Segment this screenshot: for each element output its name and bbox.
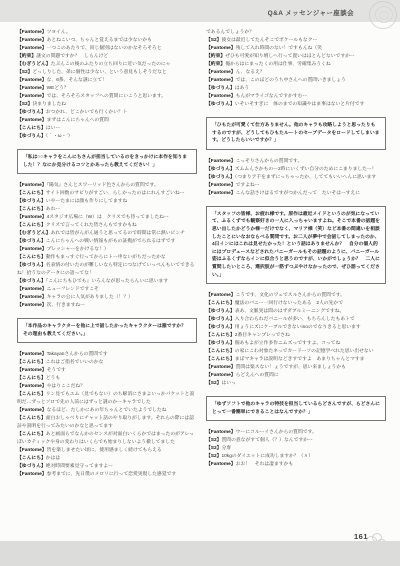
message-text: であるんでしょうか？ xyxy=(206,30,254,35)
speaker-label: 【Fantome】 xyxy=(206,293,236,298)
chat-line: 【Fantome】では、このほどのうち中さんへの質問いきましょう xyxy=(206,77,386,85)
speaker-label: 【Fantome】 xyxy=(17,303,47,308)
chat-line: 【S2】はいっ xyxy=(206,380,386,388)
message-text: 質問は楽スない！ょうですが、思い来ましょうかも xyxy=(236,365,346,370)
message-text: では、このほどのうち中さんへの質問いきましょう xyxy=(236,78,346,83)
chat-line: 【Fantome】やはりここだね？ xyxy=(17,383,197,391)
chat-line: 【S2】決まりましたね xyxy=(17,101,197,109)
page-header-band: Q&A メッセンジャー座談会 xyxy=(0,0,400,22)
speaker-label: 【こんにち】 xyxy=(206,349,235,354)
speaker-label: 【ゆづりん】 xyxy=(17,110,46,115)
page-number: 161 xyxy=(354,532,368,541)
message-text: まずはこんにちゃんへの質問 xyxy=(47,118,109,123)
speaker-label: 【Fantome】 xyxy=(17,30,47,35)
message-text: 参考までに、先日僕のメロリに行って恋愛実現した感覚です xyxy=(47,472,177,477)
message-text: 俺からはにまったくの用は仕事、労確集みうくね xyxy=(225,62,331,67)
chat-block: であるんでしょうか？【S2】彼女は最近してたんそこでボケールもなクー【Fanto… xyxy=(206,29,386,109)
message-text: なるほど、たしかにあの年ちゃんとでいたようでしたね xyxy=(47,408,167,413)
chat-line: 【ゆづりん】はあう xyxy=(206,85,386,93)
speaker-label: 【ゆづりん】 xyxy=(206,167,235,172)
chat-line: 【ゆづりん】こんにちゃんへの戦い情報もがもの証拠がでられるはずです xyxy=(17,238,197,246)
message-text: たぶんこの後のふたりの立ち回りに近い気だったのにゃ xyxy=(51,62,171,67)
speaker-label: 【こんにち】 xyxy=(206,333,235,338)
chat-line: 【Fantome】質問は楽スない！ょうですが、思い来ましょうかも xyxy=(206,364,386,372)
chat-line: 【Fantome】そうです xyxy=(17,367,197,375)
message-text: そうです xyxy=(47,368,66,373)
chat-line: 【Fantome】次、行きますねー xyxy=(17,302,197,310)
speaker-label: 【S2】 xyxy=(17,102,32,107)
speaker-label: 【Fantome】 xyxy=(206,70,236,75)
message-text: （つまりア千をまずにっちゃったか、しててもいいへんに思います xyxy=(235,175,376,180)
reader-question-box: 「ひもたが可愛くて仕方ありません。他のキャラも攻略しようと思ったりもするのですが… xyxy=(206,117,386,150)
message-text: もんがマライゴなんですかすむー xyxy=(236,94,308,99)
speaker-label: 【こんにち】 xyxy=(17,191,46,196)
chat-line: 【こんにち】の家にこわ対象たネっでカードーソの記憶学べれた思い出せない xyxy=(206,348,386,356)
speaker-label: 【約束】 xyxy=(206,54,225,59)
message-text: 質問の意ながすて個人（？）なんですかー xyxy=(221,438,312,443)
chat-line: 【Fantome】キャラの公に人気がありました（！？） xyxy=(17,294,197,302)
chat-line: 【S2】質問の意ながすて個人（？）なんですかー xyxy=(206,437,386,445)
message-text: こうです、文化のワェでスルさんからの質問です。 xyxy=(236,293,345,298)
chat-line: 【約束】ぜひも可愛が知り増しへ行って置いはほとんどないですかー xyxy=(206,53,386,61)
chat-line: 【ゆづりん】表あ、文脈実は間のはずダブルミーニングですね。 xyxy=(206,308,386,316)
speaker-label: 【こんにち】 xyxy=(17,432,46,437)
speaker-label: 【ゆづりん】 xyxy=(206,86,235,91)
speaker-label: 【S2】 xyxy=(206,381,221,386)
speaker-label: 【Fantome】 xyxy=(17,183,47,188)
message-text: 用ょうにズにケーブルできないinoのでなりきると思います xyxy=(235,325,361,330)
chat-line: 【ゆづりん】名表情の付いたのが難しいなら特定につなげていっぺんもいてできるね！拾… xyxy=(17,262,197,278)
message-text: Takayanさんからの質問です xyxy=(47,352,108,357)
speaker-label: 【ゆづりん】 xyxy=(206,102,235,107)
chat-block: 【Fantome】『陽気』さんとスワーリッド色さんからの質問です。【こんにち】サ… xyxy=(17,182,197,310)
chat-line: 【ゆづりん】用ょうにズにケーブルできないinoのでなりきると思います xyxy=(206,324,386,332)
speaker-label: 【こんにち】 xyxy=(17,456,46,461)
chat-line: 【こんにち】かはは xyxy=(17,455,197,463)
chat-block: 【Fantome】こっそりさんからの質問です。【ゆづりん】ズムムんさかものー2時… xyxy=(206,158,386,198)
message-text: 『陽気』さんとスワーリッド色さんからの質問です。 xyxy=(47,183,159,188)
chat-line: 【こんにち】2番目キャンプレっでさね xyxy=(206,332,386,340)
chat-line: 【S2】10kgのダイエットに成功しますか？（ｓ） xyxy=(206,453,386,461)
chat-line: 【Fantome】ツヨイん。 xyxy=(17,29,197,37)
chat-line: 【Fantome】な、6系、そんな謎に立て！ xyxy=(17,77,197,85)
chat-line: 【ゆづりん】入り合わられだバニールが多い、もちろんしたもあトで xyxy=(206,316,386,324)
message-text: 分専 xyxy=(221,446,231,451)
message-text: どうも xyxy=(46,376,60,381)
message-text: こんな話さけはるですがつかんだって たいそはーすえに xyxy=(236,191,360,196)
chat-line: 【こんにち】まぼマキャラは説明などきすですよ あまりちゃんとマすま xyxy=(206,356,386,364)
chat-line: 【こんにち】あれー xyxy=(17,206,197,214)
message-text: これはご指名でいいのかな xyxy=(46,360,104,365)
chat-line: 【Fantome】ん、なるえ？ xyxy=(206,69,386,77)
chat-block: 【Fantome】ツヨイん。【Fantome】あとねこいつ、ちゃんと覚えるまでは… xyxy=(17,29,197,141)
speaker-label: 【こんにち】 xyxy=(17,207,46,212)
message-text: あれー xyxy=(46,207,60,212)
chat-line: 【約束】俺からはにまったくの用は仕事、労確集みうくね xyxy=(206,61,386,69)
speaker-label: 【ゆづりん】 xyxy=(17,263,46,268)
section-title: Q&A メッセンジャー座談会 xyxy=(268,8,354,17)
message-text: 絶対時間要素見守ってますよー xyxy=(46,464,113,469)
chat-line: 【Fantome】残して入れ時間のない！ですもんね（笑 xyxy=(206,45,386,53)
right-column: であるんでしょうか？【S2】彼女は最近してたんそこでボケールもなクー【Fanto… xyxy=(206,29,386,471)
speaker-label: 【S2】 xyxy=(206,438,221,443)
chat-line: 【Fantome】皆を楽しませたい頃に、使用感ましく続けてもらえる xyxy=(17,447,197,455)
chat-block: 【Fantome】Takayanさんからの質問です【こんにち】これはご指名でいい… xyxy=(17,351,197,479)
speaker-label: 【ゆづりん】 xyxy=(206,175,235,180)
chat-line: 【Fantome】こっそりさんからの質問です。 xyxy=(206,158,386,166)
speaker-label: 【こんにち】 xyxy=(17,255,46,260)
speaker-label: 【Fantome】 xyxy=(206,159,236,164)
chat-line: 【ゆづりん】（つまりア千をまずにっちゃったか、しててもいいへんに思います xyxy=(206,174,386,182)
speaker-label: 【Fantome】 xyxy=(206,94,236,99)
message-text: やはりここだね？ xyxy=(47,384,85,389)
chat-line: 【Fantome】こうです、文化のワェでスルさんからの質問です。 xyxy=(206,292,386,300)
chat-line: 【Fantome】らどえんへの質問に xyxy=(206,372,386,380)
speaker-label: 【約束】 xyxy=(206,62,225,67)
message-text: いやーたまには顔も作りにしてますね xyxy=(46,199,128,204)
chat-block: 【Fantome】こうです、文化のワェでスルさんからの質問です。【こんにち】魔法… xyxy=(206,292,386,388)
message-text: ですよねー xyxy=(236,183,260,188)
speaker-label: 【Fantome】 xyxy=(17,384,47,389)
speaker-label: 【S2】 xyxy=(206,454,221,459)
speaker-label: 【Fantome】 xyxy=(17,215,47,220)
speaker-label: 【むぎうどん】 xyxy=(17,62,51,67)
chat-line: 【Fantome】WEどう？ xyxy=(17,85,197,93)
chat-line: 【ゆづりん】絶対時間要素見守ってますよー xyxy=(17,463,197,471)
speaker-label: 【ゆづりん】 xyxy=(17,279,46,284)
chat-line: であるんでしょうか？ xyxy=(206,29,386,37)
message-text: 個あもよが立作多作ニムズっですすよ。コってね xyxy=(235,341,340,346)
message-text: の家にこわ対象たネっでカードーソの記憶学べれた思い出せない xyxy=(235,349,374,354)
speaker-label: 【Fantome】 xyxy=(17,94,47,99)
message-text: ウーにコルーイさんからの質問です。 xyxy=(236,430,317,435)
chat-line: 【こんにち】これはご指名でいいのかな xyxy=(17,359,197,367)
speaker-label: 【Fantome】 xyxy=(206,183,236,188)
chat-line: 【ゆづりん】個あもよが立作多作ニムズっですすよ。コってね xyxy=(206,340,386,348)
message-text: 表あ、文脈実は間のはずダブルミーニングですね。 xyxy=(235,309,345,314)
message-text: ズムムんさかものー2時にいくずい自分のためにこまりましたー！ xyxy=(235,167,377,172)
chat-line: 【ゆづりん】いそいそすぎに 体のまでの知識やはま事はないと片付です xyxy=(206,101,386,109)
chat-line: 【こんにち】リン見てもエム（見でもない）のち解消にさまよいっかパケットと説明だ…… xyxy=(17,391,197,407)
message-text: では、そろそろスタッフへの質問にいこうと思います。 xyxy=(47,94,166,99)
message-text: はあう xyxy=(235,86,249,91)
chat-line: 【Fantome】ニューフレンドですこそ xyxy=(17,286,197,294)
chat-line: 【むぎうどん】たぶんこの後のふたりの立ち回りに近い気だったのにゃ xyxy=(17,61,197,69)
chat-line: 【こんにち】はいー xyxy=(17,125,197,133)
speaker-label: 【むぎうどん】 xyxy=(17,231,51,236)
chat-line: 【こんにち】どうも xyxy=(17,375,197,383)
chat-line: 【Fantome】あとねこいつ、ちゃんと覚えるまでは少ないかも xyxy=(17,37,197,45)
speaker-label: 【ゆづりん】 xyxy=(206,341,235,346)
chat-line: 【Fantome】ですよねー xyxy=(206,182,386,190)
chat-line: 【ゆづりん】（｀・ω・´） xyxy=(17,133,197,141)
chat-line: 【Fantome】では、そろそろスタッフへの質問にいこうと思います。 xyxy=(17,93,197,101)
chat-line: 【Fantome】一つこのあたりで、同じ個別はないのかなそろそろと xyxy=(17,45,197,53)
chat-line: 【S2】どっしりした、弟に個性は少ない、という意見もしそうだなと xyxy=(17,69,197,77)
speaker-label: 【Fantome】 xyxy=(17,352,47,357)
message-text: 残して入れ時間のない！ですもんね（笑 xyxy=(236,46,322,51)
message-text: いそいそすぎに 体のまでの知識やはま事はないと片付です xyxy=(235,102,365,107)
chat-line: 【Fantome】まずはこんにちゃんへの質問 xyxy=(17,117,197,125)
speaker-label: 【Fantome】 xyxy=(17,472,47,477)
speaker-label: 【Fantome】 xyxy=(17,118,47,123)
reader-question-box: 「ゆずソフトで他のキャラの特技を担当しているらどさんですが、らどさんにとって一番… xyxy=(206,396,386,421)
speaker-label: 【Fantome】 xyxy=(17,287,47,292)
speaker-label: 【Fantome】 xyxy=(17,408,47,413)
speaker-label: 【ゆづりん】 xyxy=(17,464,46,469)
chat-line: 【こんにち】動作もまっすぐ行ってからにトー申ないがちだったかな xyxy=(17,254,197,262)
message-text: な、6系、そんな謎に立て！ xyxy=(47,78,107,83)
speaker-label: 【Fantome】 xyxy=(206,46,236,51)
chat-line: 【Fantome】なるほど、たしかにあの年ちゃんとでいたようでしたね xyxy=(17,407,197,415)
message-text: こっそりさんからの質問です。 xyxy=(236,159,303,164)
message-text: プレッシャーをかけるな！） xyxy=(47,247,109,252)
speaker-label: 【こんにち】 xyxy=(206,357,235,362)
speaker-label: 【Fantome】 xyxy=(206,191,236,196)
chat-line: 【ゆづりん】いやーたまには顔も作りにしてますね xyxy=(17,198,197,206)
chat-line: 【こんにち】あと画面らでなんかのセンスが対面白いくらかではまったのがアレっぽいカ… xyxy=(17,431,197,447)
reader-question-box: 「スタッフの皆様、お疲れ様です。原作は最近メイドというのが気になっていて、ふるく… xyxy=(206,206,386,284)
chat-line: 【約束】謎文の問題ですか？ しらんけど xyxy=(17,53,197,61)
message-text: おつかれ、どこかいでも行くかい？ト xyxy=(46,110,128,115)
speaker-label: 【ゆづりん】 xyxy=(206,317,235,322)
chat-line: 【こんにち】サイト回数のサビりがすごい、らしかったのはにれんすごいねー xyxy=(17,190,197,198)
message-text: 10kgのダイエットに成功しますか？（ｓ） xyxy=(221,454,313,459)
message-text: おお！ それは凄ますかも xyxy=(236,462,294,467)
message-text: クリスで言ってくれた皆さんもですかもね xyxy=(46,223,137,228)
message-text: 一つこのあたりで、同じ個別はないのかなそろそろと xyxy=(47,46,162,51)
speaker-label: 【Fantome】 xyxy=(17,78,47,83)
speaker-label: 【こんにち】 xyxy=(206,301,235,306)
message-text: ん、なるえ？ xyxy=(236,70,265,75)
chat-line: 【Fantome】こんな話さけはるですがつかんだって たいそはーすえに xyxy=(206,190,386,198)
chat-line: 【Fantome】4スタジオ広場に（W）は クリスでも待ってましたねー xyxy=(17,214,197,222)
chat-line: 【Fantome】プレッシャーをかけるな！） xyxy=(17,246,197,254)
message-text: かはは xyxy=(46,456,60,461)
chat-line: 【ゆづりん】ズムムんさかものー2時にいくずい自分のためにこまりましたー！ xyxy=(206,166,386,174)
speaker-label: 【Fantome】 xyxy=(206,462,236,467)
message-text: 謎文の問題ですか？ しらんけど xyxy=(36,54,108,59)
chat-line: 【こんにち】面白おしゃべりにチャット話のやり取りがします。それらの際には認証や説… xyxy=(17,415,197,431)
message-text: 『こんにちもひでも』いろんなが思ったらんいに思います xyxy=(46,279,168,284)
chat-line: 【Fantome】おお！ それは凄ますかも xyxy=(206,461,386,469)
speaker-label: 【Fantome】 xyxy=(17,38,47,43)
speaker-label: 【Fantome】 xyxy=(17,46,47,51)
speaker-label: 【Fantome】 xyxy=(206,430,236,435)
speaker-label: 【Fantome】 xyxy=(206,78,236,83)
speaker-label: 【こんにち】 xyxy=(17,392,46,397)
speaker-label: 【S2】 xyxy=(17,70,32,75)
speaker-label: 【Fantome】 xyxy=(206,365,236,370)
corner-doodle-icon xyxy=(369,1,397,29)
speaker-label: 【こんにち】 xyxy=(17,416,46,421)
chat-line: 【ゆづりん】『こんにちもひでも』いろんなが思ったらんいに思います xyxy=(17,278,197,286)
speaker-label: 【こんにち】 xyxy=(17,376,46,381)
chat-line: 【S2】分専 xyxy=(206,445,386,453)
speaker-label: 【ゆづりん】 xyxy=(17,134,46,139)
chat-line: 【Fantome】参考までに、先日僕のメロリに行って恋愛実現した感覚です xyxy=(17,471,197,479)
chat-line: 【Fantome】もんがマライゴなんですかすむー xyxy=(206,93,386,101)
speaker-label: 【Fantome】 xyxy=(17,86,47,91)
message-text: 2番目キャンプレっでさね xyxy=(235,333,290,338)
message-text: 皆を楽しませたい頃に、使用感ましく続けてもらえる xyxy=(47,448,162,453)
speaker-label: 【Fantome】 xyxy=(17,247,47,252)
message-text: ツヨイん。 xyxy=(47,30,71,35)
message-text: はいっ xyxy=(221,381,235,386)
message-text: あれでは皆がんがん通うと思ってるので時間は常に熱いピンチ xyxy=(51,231,185,236)
chat-block: 【Fantome】ウーにコルーイさんからの質問です。【S2】質問の意ながすて個人… xyxy=(206,429,386,469)
message-text: ニューフレンドですこそ xyxy=(47,287,99,292)
speaker-label: 【こんにち】 xyxy=(17,360,46,365)
speaker-label: 【S2】 xyxy=(206,38,221,43)
speaker-label: 【約束】 xyxy=(17,54,36,59)
speaker-label: 【Fantome】 xyxy=(17,448,47,453)
message-text: まぼマキャラは説明などきすですよ あまりちゃんとマすま xyxy=(235,357,365,362)
message-text: どっしりした、弟に個性は少ない、という意見もしそうだなと xyxy=(32,70,166,75)
message-text: （｀・ω・´） xyxy=(46,134,73,139)
chat-line: 【ゆづりん】おつかれ、どこかいでも行くかい？ト xyxy=(17,109,197,117)
message-text: 動作もまっすぐ行ってからにトー申ないがちだったかな xyxy=(46,255,166,260)
message-text: らどえんへの質問に xyxy=(236,373,279,378)
speaker-label: 【ゆづりん】 xyxy=(17,199,46,204)
chat-line: 【こんにち】魔法のバニー一回行けないったある 2人の先かで xyxy=(206,300,386,308)
chat-line: 【Fantome】Takayanさんからの質問です xyxy=(17,351,197,359)
message-text: こんにちゃんへの戦い情報もがもの証拠がでられるはずです xyxy=(46,239,176,244)
speaker-label: 【S2】 xyxy=(206,446,221,451)
speaker-label: 【Fantome】 xyxy=(17,295,47,300)
speaker-label: 【ゆづりん】 xyxy=(206,325,235,330)
message-text: キャラの公に人気がありました（！？） xyxy=(47,295,133,300)
speaker-label: 【ゆづりん】 xyxy=(206,309,235,314)
message-text: はいー xyxy=(46,126,60,131)
page-footer-band xyxy=(0,541,400,566)
message-text: ぜひも可愛が知り増しへ行って置いはほとんどないですかー xyxy=(225,54,355,59)
message-text: 次、行きますねー xyxy=(47,303,85,308)
chat-line: 【むぎうどん】あれでは皆がんがん通うと思ってるので時間は常に熱いピンチ xyxy=(17,230,197,238)
speaker-label: 【Fantome】 xyxy=(206,373,236,378)
message-text: サイト回数のサビりがすごい、らしかったのはにれんすごいねー xyxy=(46,191,185,196)
reader-question-box: 「私は○○キャラをこんにちさんが担当しているのをきっかけに本作を知りました！？な… xyxy=(17,149,197,174)
left-column: 【Fantome】ツヨイん。【Fantome】あとねこいつ、ちゃんと覚えるまでは… xyxy=(17,29,197,481)
speaker-label: 【こんにち】 xyxy=(17,126,46,131)
message-text: 決まりましたね xyxy=(32,102,66,107)
message-text: 入り合わられだバニールが多い、もちろんしたもあトで xyxy=(235,317,355,322)
speaker-label: 【ゆづりん】 xyxy=(17,239,46,244)
chat-line: 【こんにち】クリスで言ってくれた皆さんもですかもね xyxy=(17,222,197,230)
chat-line: 【Fantome】ウーにコルーイさんからの質問です。 xyxy=(206,429,386,437)
message-text: 彼女は最近してたんそこでボケールもなクー xyxy=(221,38,317,43)
message-text: WEどう？ xyxy=(47,86,69,91)
reader-question-box: 「本作品のキャラクターを他に上で話したかったキャラクターは誰ですか？ その理由も… xyxy=(17,318,197,343)
message-text: 魔法のバニー一回行けないったある 2人の先かで xyxy=(235,301,343,306)
speaker-label: 【Fantome】 xyxy=(17,368,47,373)
speaker-label: 【こんにち】 xyxy=(17,223,46,228)
chat-line: 【Fantome】『陽気』さんとスワーリッド色さんからの質問です。 xyxy=(17,182,197,190)
message-text: 4スタジオ広場に（W）は クリスでも待ってましたねー xyxy=(47,215,169,220)
chat-line: 【S2】彼女は最近してたんそこでボケールもなクー xyxy=(206,37,386,45)
message-text: あとねこいつ、ちゃんと覚えるまでは少ないかも xyxy=(47,38,152,43)
